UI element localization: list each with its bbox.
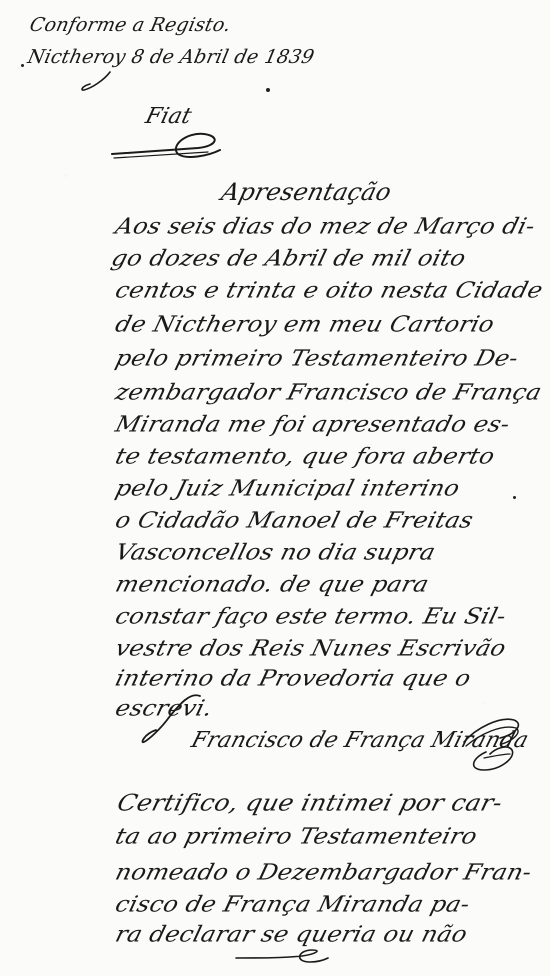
body-line: de Nictheroy em meu Cartorio bbox=[113, 311, 497, 337]
body-line: constar faço este termo. Eu Sil- bbox=[113, 603, 509, 629]
section-title-apresentacao: Apresentação bbox=[219, 178, 395, 206]
header-registry-note: Conforme a Registo. bbox=[28, 14, 233, 36]
body-line: vestre dos Reis Nunes Escrivão bbox=[113, 635, 509, 661]
body-line: go dozes de Abril de mil oito bbox=[109, 245, 469, 271]
body-line: interino da Provedoria que o bbox=[113, 665, 474, 691]
certificate-line: ra declarar se queria ou não bbox=[113, 921, 470, 947]
descender-flourish-icon bbox=[80, 70, 120, 94]
body-line: te testamento, que fora aberto bbox=[113, 443, 498, 469]
ink-dot bbox=[21, 64, 24, 67]
body-line: mencionado. de que para bbox=[113, 571, 432, 597]
body-line: pelo primeiro Testamenteiro De- bbox=[113, 345, 521, 371]
body-line: Aos seis dias do mez de Março di- bbox=[113, 213, 538, 239]
certificate-line: ta ao primeiro Testamenteiro bbox=[113, 823, 480, 849]
fiat-underline-flourish-icon bbox=[108, 128, 228, 164]
closing-flourish-icon bbox=[232, 948, 332, 966]
ink-dot bbox=[266, 88, 270, 92]
certificate-line: nomeado o Dezembargador Fran- bbox=[113, 859, 535, 885]
certificate-line: cisco de França Miranda pa- bbox=[113, 891, 473, 917]
ink-dot bbox=[513, 496, 516, 499]
manuscript-page: Conforme a Registo. Nictheroy 8 de Abril… bbox=[0, 0, 550, 976]
fiat-heading: Fiat bbox=[143, 104, 194, 129]
body-line: pelo Juiz Municipal interino bbox=[113, 475, 463, 501]
body-line: zembargador Francisco de França bbox=[113, 379, 545, 405]
header-place-date: Nictheroy 8 de Abril de 1839 bbox=[26, 46, 317, 68]
body-line: Miranda me foi apresentado es- bbox=[113, 411, 513, 437]
signature-rubric-flourish-icon bbox=[456, 708, 526, 776]
certificate-line: Certifico, que intimei por car- bbox=[115, 789, 506, 816]
body-line: centos e trinta e oito nesta Cidade bbox=[113, 277, 546, 303]
body-line: o Cidadão Manoel de Freitas bbox=[113, 507, 476, 533]
signature-loop-flourish-icon bbox=[140, 690, 210, 750]
body-line: Vasconcellos no dia supra bbox=[113, 539, 438, 565]
